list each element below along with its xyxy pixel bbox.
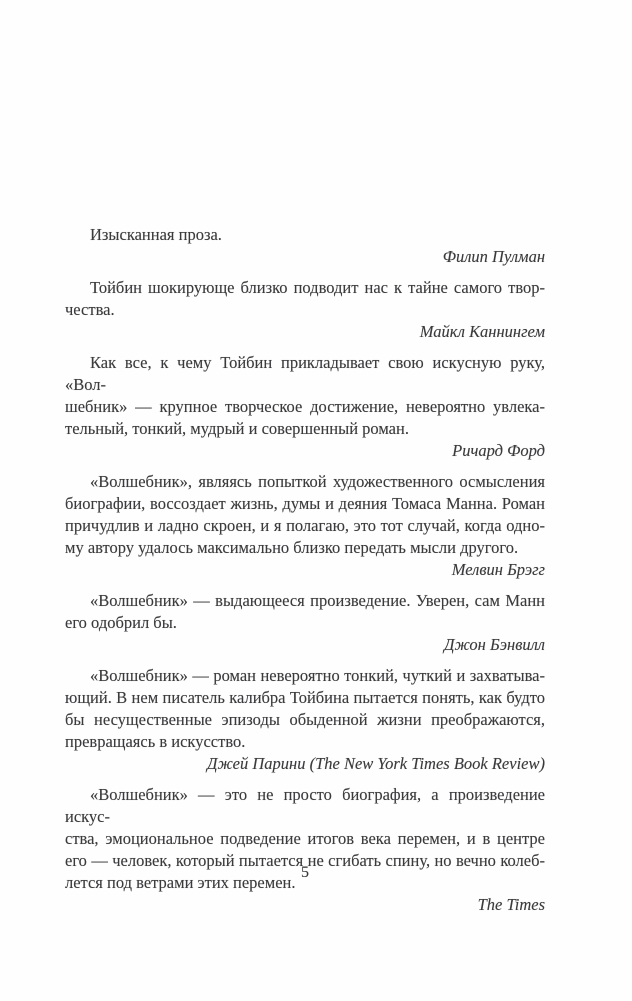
quotes: Изысканная проза. Филип Пулман Тойбин шо…: [65, 224, 545, 916]
book-page: Изысканная проза. Филип Пулман Тойбин шо…: [0, 0, 632, 1001]
quote-text: «Волшебник» — выдающееся произведение. У…: [65, 590, 545, 634]
quote-line: ства, эмоциональное подведение итогов ве…: [65, 828, 545, 850]
quote-line: «Волшебник», являясь попыткой художестве…: [65, 471, 545, 493]
quote-block: «Волшебник» — это не просто биография, а…: [65, 784, 545, 916]
quote-text: «Волшебник» — роман невероятно тонкий, ч…: [65, 665, 545, 753]
quote-line: превращаясь в искусство.: [65, 731, 545, 753]
quote-line: му автору удалось максимально близко пер…: [65, 537, 545, 559]
quote-attribution: Джон Бэнвилл: [65, 634, 545, 656]
quote-attribution: Ричард Форд: [65, 440, 545, 462]
quote-line: «Волшебник» — это не просто биография, а…: [65, 784, 545, 828]
quote-block: «Волшебник», являясь попыткой художестве…: [65, 471, 545, 581]
quote-text: Тойбин шокирующе близко подводит нас к т…: [65, 277, 545, 321]
quote-attribution: Филип Пулман: [65, 246, 545, 268]
quote-block: «Волшебник» — выдающееся произведение. У…: [65, 590, 545, 656]
quote-line: ющий. В нем писатель калибра Тойбина пыт…: [65, 687, 545, 709]
quote-block: Как все, к чему Тойбин прикладывает свою…: [65, 352, 545, 462]
quote-line: «Волшебник» — выдающееся произведение. У…: [65, 590, 545, 612]
quote-attribution: Джей Парини (The New York Times Book Rev…: [65, 753, 545, 775]
quote-text: Изысканная проза.: [65, 224, 545, 246]
quote-line: чества.: [65, 299, 545, 321]
quote-attribution: Мелвин Брэгг: [65, 559, 545, 581]
quote-line: бы несущественные эпизоды обыденной жизн…: [65, 709, 545, 731]
quote-line: «Волшебник» — роман невероятно тонкий, ч…: [65, 665, 545, 687]
quote-block: «Волшебник» — роман невероятно тонкий, ч…: [65, 665, 545, 775]
page-number: 5: [65, 862, 545, 884]
quote-line: тельный, тонкий, мудрый и совершенный ро…: [65, 418, 545, 440]
quote-block: Изысканная проза. Филип Пулман: [65, 224, 545, 268]
quote-attribution: Майкл Каннингем: [65, 321, 545, 343]
quote-attribution: The Times: [65, 894, 545, 916]
quote-line: шебник» — крупное творческое достижение,…: [65, 396, 545, 418]
quote-text: «Волшебник», являясь попыткой художестве…: [65, 471, 545, 559]
quote-line: причудлив и ладно скроен, и я полагаю, э…: [65, 515, 545, 537]
quote-line: Тойбин шокирующе близко подводит нас к т…: [65, 277, 545, 299]
quote-line: его одобрил бы.: [65, 612, 545, 634]
quote-line: биографии, воссоздает жизнь, думы и деян…: [65, 493, 545, 515]
quote-line: Изысканная проза.: [65, 224, 545, 246]
quote-block: Тойбин шокирующе близко подводит нас к т…: [65, 277, 545, 343]
quote-line: Как все, к чему Тойбин прикладывает свою…: [65, 352, 545, 396]
quote-text: Как все, к чему Тойбин прикладывает свою…: [65, 352, 545, 440]
